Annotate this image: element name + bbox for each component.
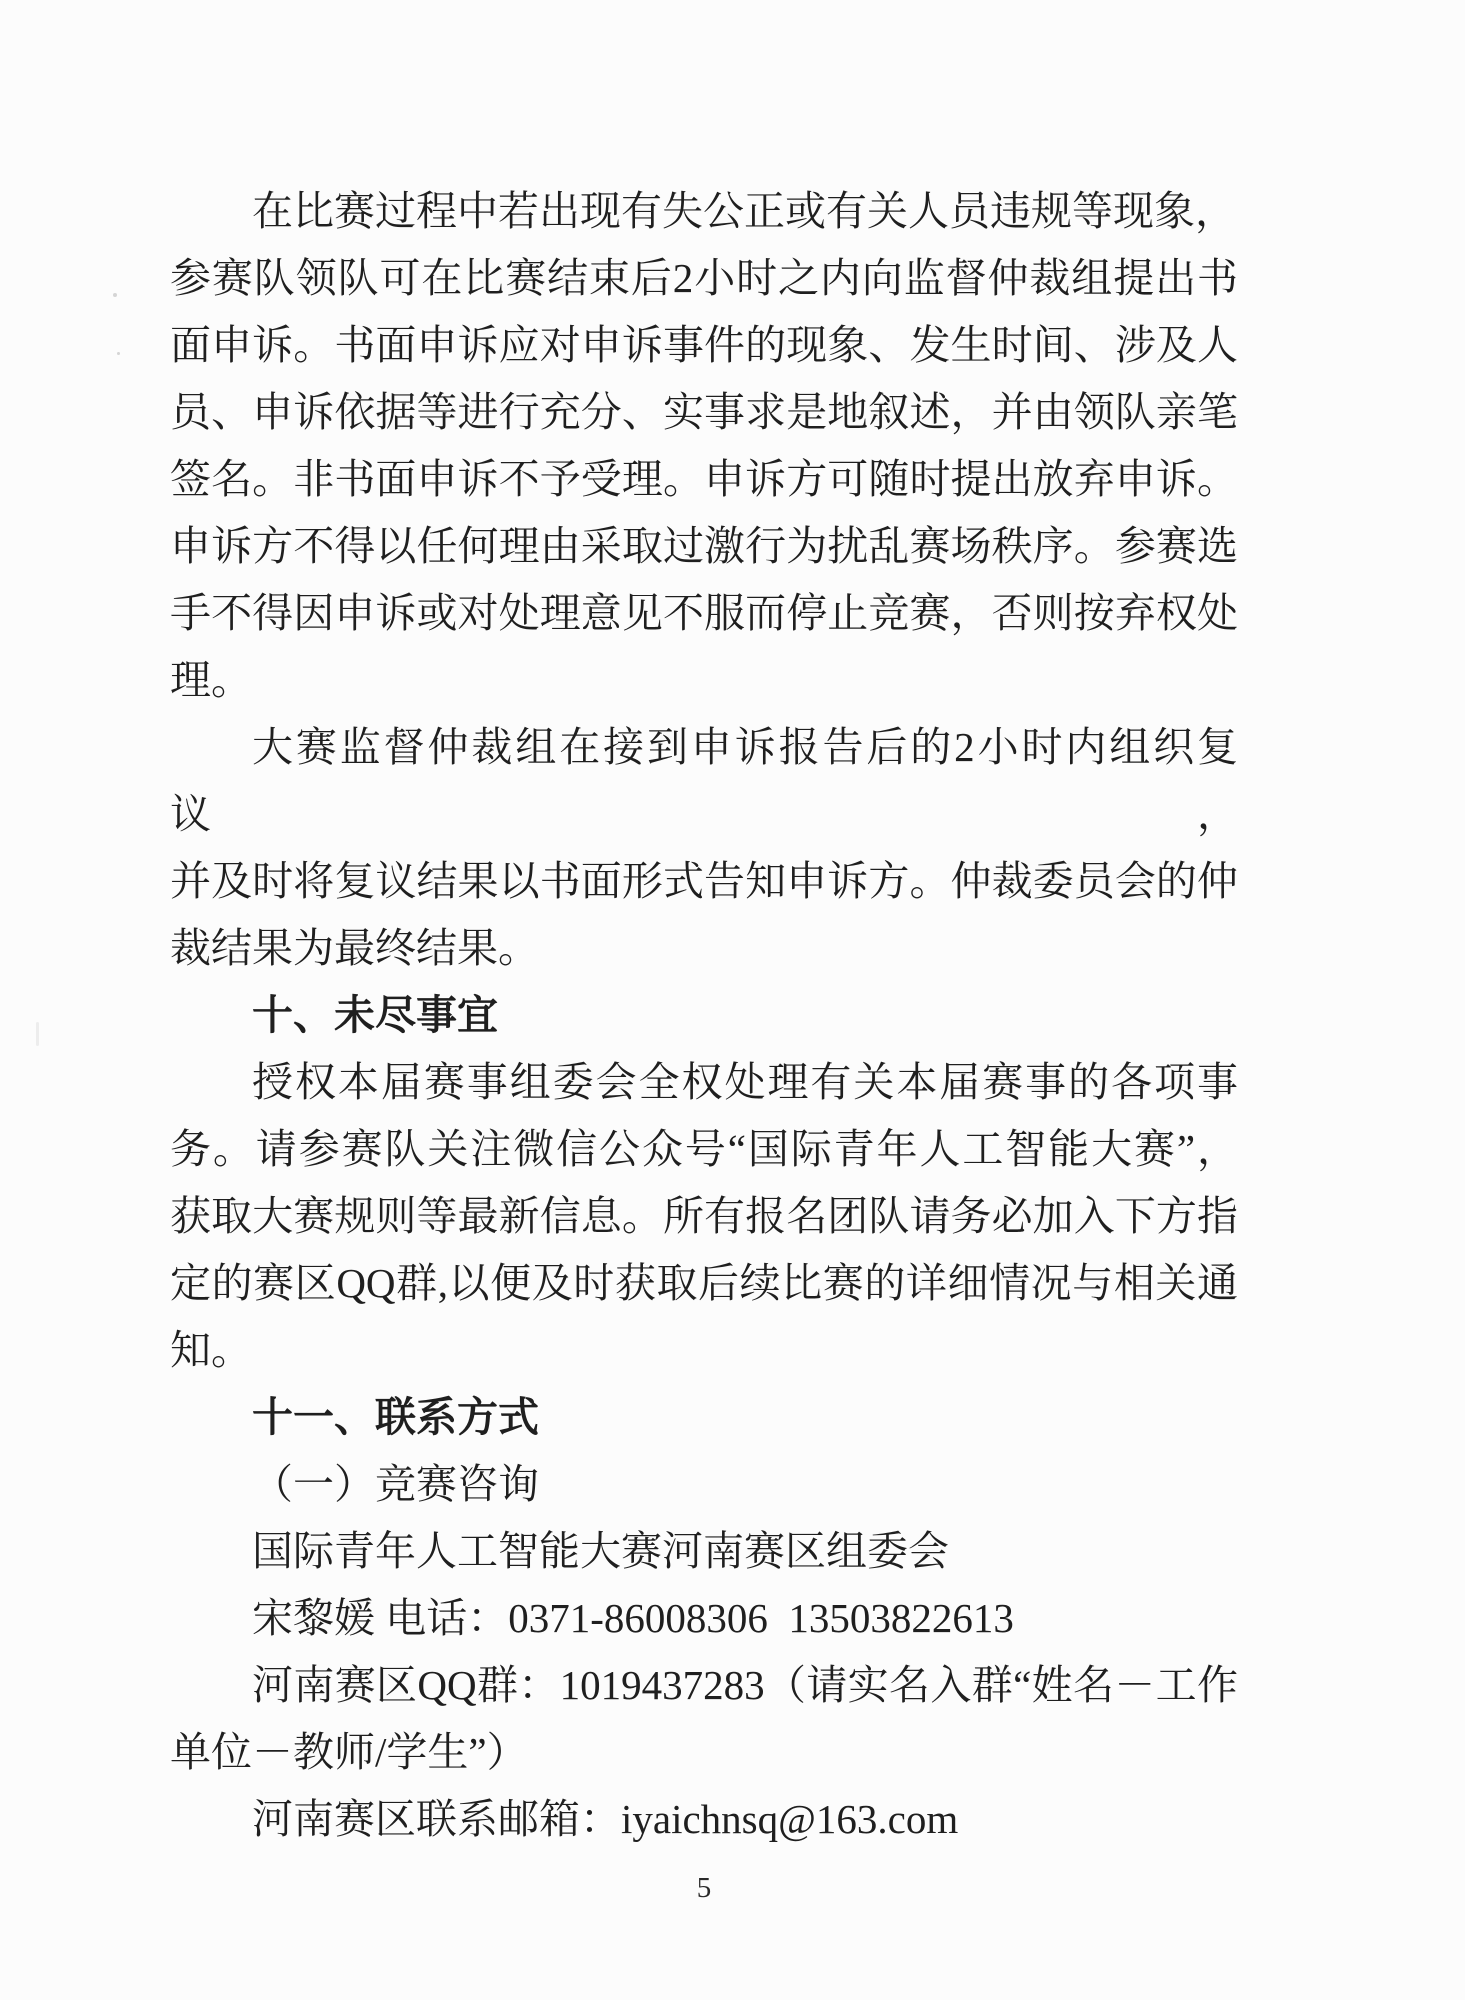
qq-group-line-continued: 单位－教师/学生”） [170,1719,1238,1786]
scan-artifact [36,1022,39,1046]
page-number: 5 [170,1872,1238,1905]
section10-paragraph-line: 定的赛区QQ群,以便及时获取后续比赛的详细情况与相关通 [170,1250,1238,1317]
paragraph-appeal-line: 参赛队领队可在比赛结束后2小时之内向监督仲裁组提出书 [170,245,1238,312]
text-block: 在比赛过程中若出现有失公正或有关人员违规等现象， 参赛队领队可在比赛结束后2小时… [170,178,1238,1853]
document-page: 在比赛过程中若出现有失公正或有关人员违规等现象， 参赛队领队可在比赛结束后2小时… [0,0,1465,2000]
section11-heading: 十一、联系方式 [170,1384,1238,1451]
qq-group-line: 河南赛区QQ群：1019437283（请实名入群“姓名－工作 [170,1652,1238,1719]
contact-phone-line: 宋黎媛 电话：0371-86008306 13503822613 [170,1585,1238,1652]
scan-speck [117,352,120,355]
paragraph-appeal-line: 签名。非书面申诉不予受理。申诉方可随时提出放弃申诉。 [170,446,1238,513]
paragraph-arbitration-line: 裁结果为最终结果。 [170,915,1238,982]
paragraph-appeal-line: 手不得因申诉或对处理意见不服而停止竞赛，否则按弃权处 [170,580,1238,647]
paragraph-appeal-line: 员、申诉依据等进行充分、实事求是地叙述，并由领队亲笔 [170,379,1238,446]
section10-paragraph-line: 务。请参赛队关注微信公众号“国际青年人工智能大赛”， [170,1116,1238,1183]
email-line: 河南赛区联系邮箱：iyaichnsq@163.com [170,1786,1238,1853]
section10-heading: 十、未尽事宜 [170,982,1238,1049]
section10-paragraph-line: 知。 [170,1317,1238,1384]
paragraph-appeal-line: 理。 [170,647,1238,714]
paragraph-arbitration-line: 并及时将复议结果以书面形式告知申诉方。仲裁委员会的仲 [170,848,1238,915]
paragraph-arbitration-line: 大赛监督仲裁组在接到申诉报告后的2小时内组织复议， [170,714,1238,848]
paragraph-appeal-line: 面申诉。书面申诉应对申诉事件的现象、发生时间、涉及人 [170,312,1238,379]
section10-paragraph-line: 授权本届赛事组委会全权处理有关本届赛事的各项事 [170,1049,1238,1116]
paragraph-appeal-line: 在比赛过程中若出现有失公正或有关人员违规等现象， [170,178,1238,245]
paragraph-appeal-line: 申诉方不得以任何理由采取过激行为扰乱赛场秩序。参赛选 [170,513,1238,580]
subsection-title: （一）竞赛咨询 [170,1451,1238,1518]
section10-paragraph-line: 获取大赛规则等最新信息。所有报名团队请务必加入下方指 [170,1183,1238,1250]
scan-speck [113,293,117,297]
organization-line: 国际青年人工智能大赛河南赛区组委会 [170,1518,1238,1585]
